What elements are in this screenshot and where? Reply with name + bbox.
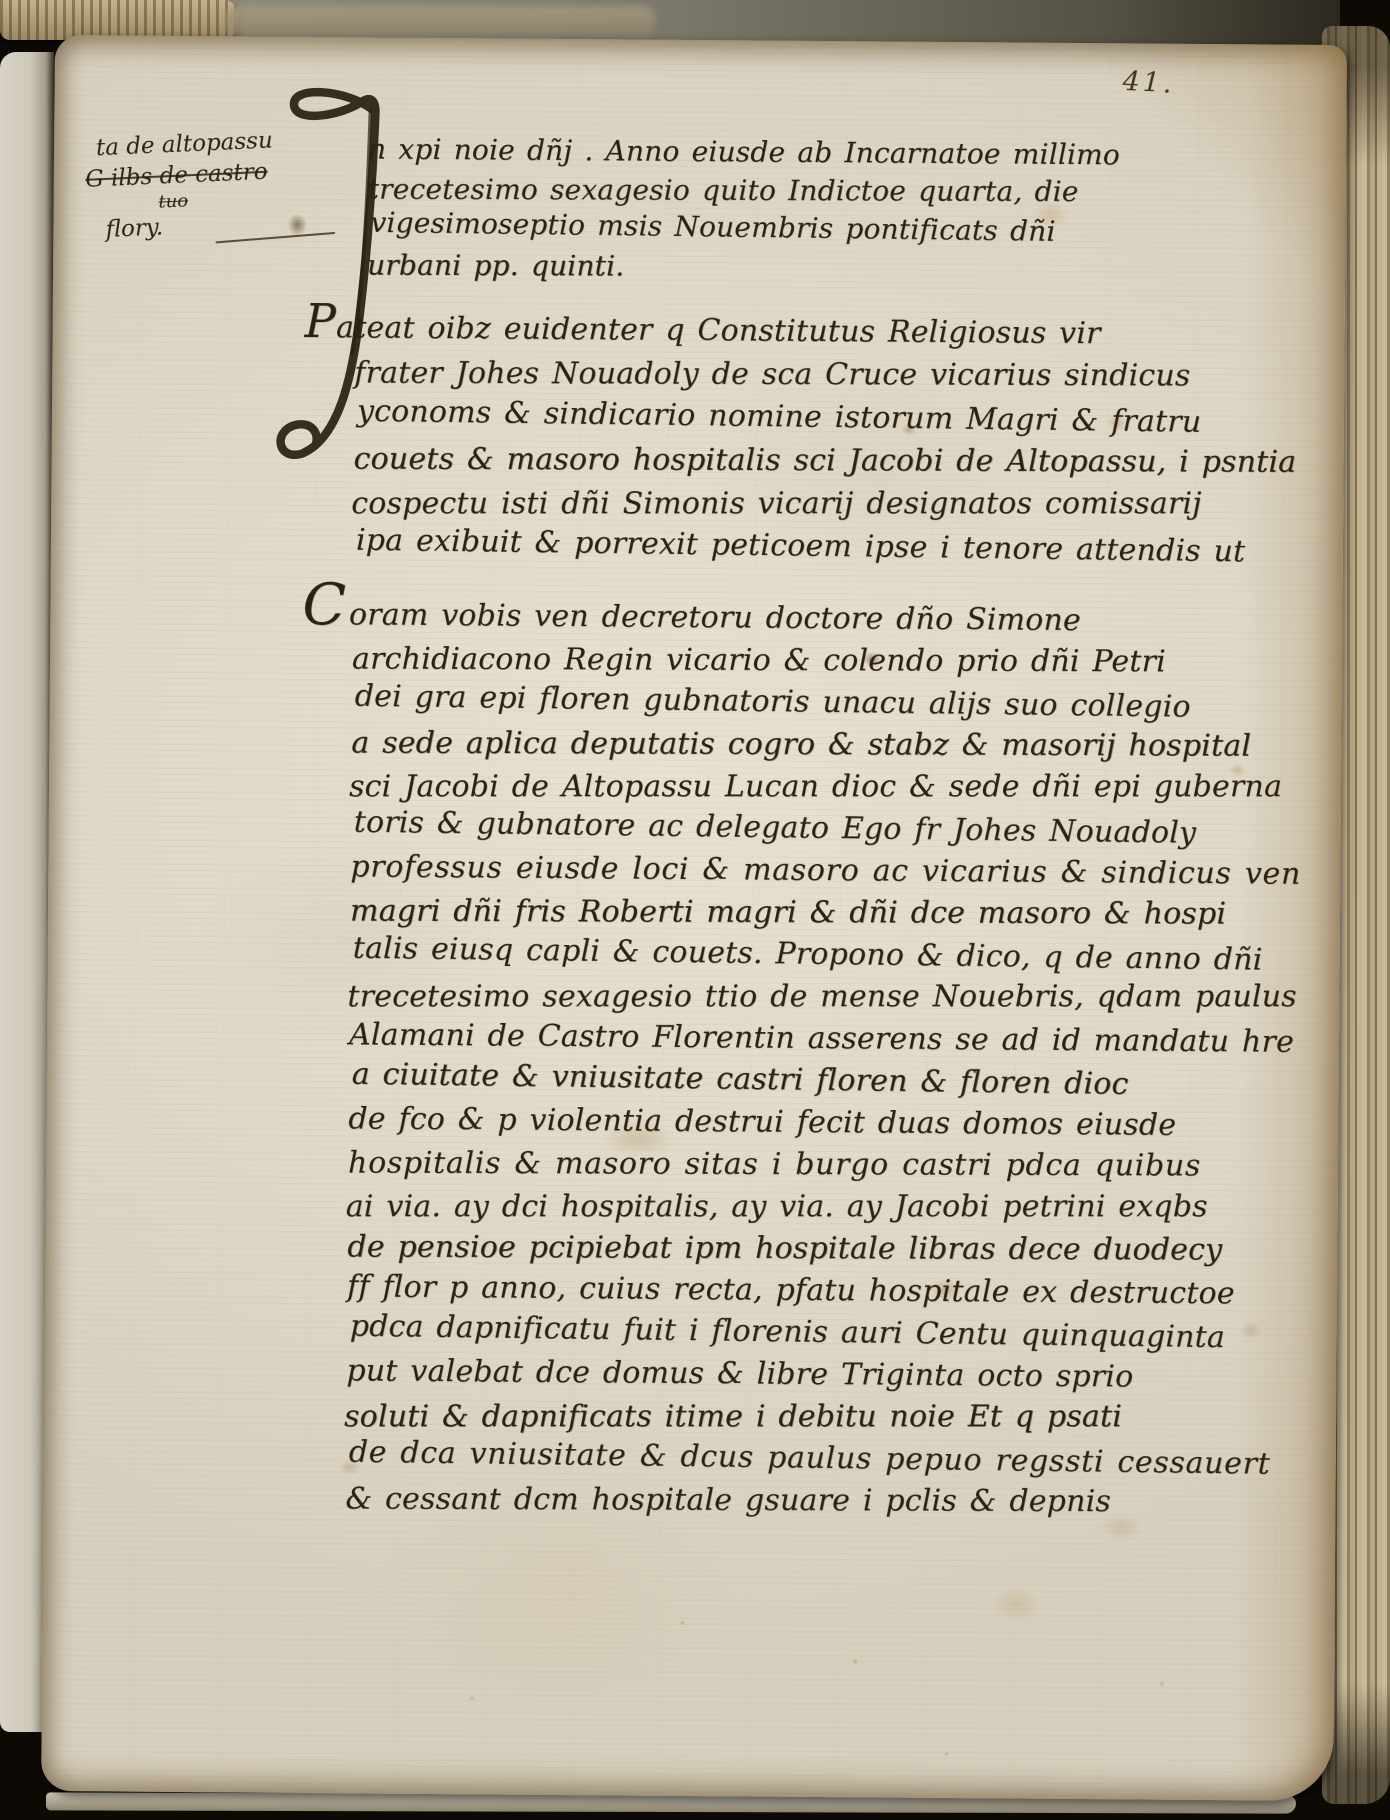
paragraph-invocation: n xpi noie dñj . Anno eiusde ab Incarnat… — [367, 130, 1347, 290]
manuscript-photo: 41. ta de altopassuG ilbs de castrotuofl… — [0, 0, 1390, 1820]
binding-cord-shadow — [225, 6, 655, 36]
manuscript-line: trecetesimo sexagesio ttio de mense Noue… — [347, 976, 1346, 1018]
manuscript-line: urbani pp. quinti. — [367, 247, 1347, 288]
binding-cord — [0, 0, 238, 40]
manuscript-line: ipa exibuit & porrexit peticoem ipse i t… — [356, 519, 1347, 575]
paragraph-petition: Coram vobis ven decretoru doctore dño Si… — [293, 584, 1347, 1526]
manuscript-line: a sede aplica deputatis cogro & stabz & … — [351, 723, 1347, 769]
manuscript-body: n xpi noie dñj . Anno eiusde ab Incarnat… — [293, 92, 1347, 1526]
manuscript-line: cospectu isti dñi Simonis vicarij design… — [351, 482, 1347, 525]
manuscript-line: sci Jacobi de Altopassu Lucan dioc & sed… — [349, 766, 1347, 808]
manuscript-page: 41. ta de altopassuG ilbs de castrotuofl… — [41, 35, 1347, 1801]
paragraph-pateat: Pateat oibz euidenter q Constitutus Reli… — [301, 300, 1347, 572]
manuscript-line: de pensioe pcipiebat ipm hospitale libra… — [347, 1226, 1347, 1272]
manuscript-line: Coram vobis ven decretoru doctore dño Si… — [302, 584, 1347, 644]
manuscript-line: soluti & dapnificats itime i debitu noie… — [344, 1396, 1347, 1438]
manuscript-line: talis eiusq capli & couets. Propono & di… — [352, 928, 1346, 983]
manuscript-line: n xpi noie dñj . Anno eiusde ab Incarnat… — [368, 130, 1347, 176]
manuscript-line: Pateat oibz euidenter q Constitutus Reli… — [304, 300, 1346, 357]
manuscript-line: hospitalis & masoro sitas i burgo castri… — [348, 1142, 1347, 1188]
folio-number: 41. — [1122, 66, 1175, 99]
manuscript-line: couets & masoro hospitalis sci Jacobi de… — [354, 438, 1347, 485]
manuscript-line: & cessant dcm hospitale gsuare i pclis &… — [345, 1478, 1347, 1524]
manuscript-line: ai via. ay dci hospitalis, ay via. ay Ja… — [346, 1186, 1347, 1228]
